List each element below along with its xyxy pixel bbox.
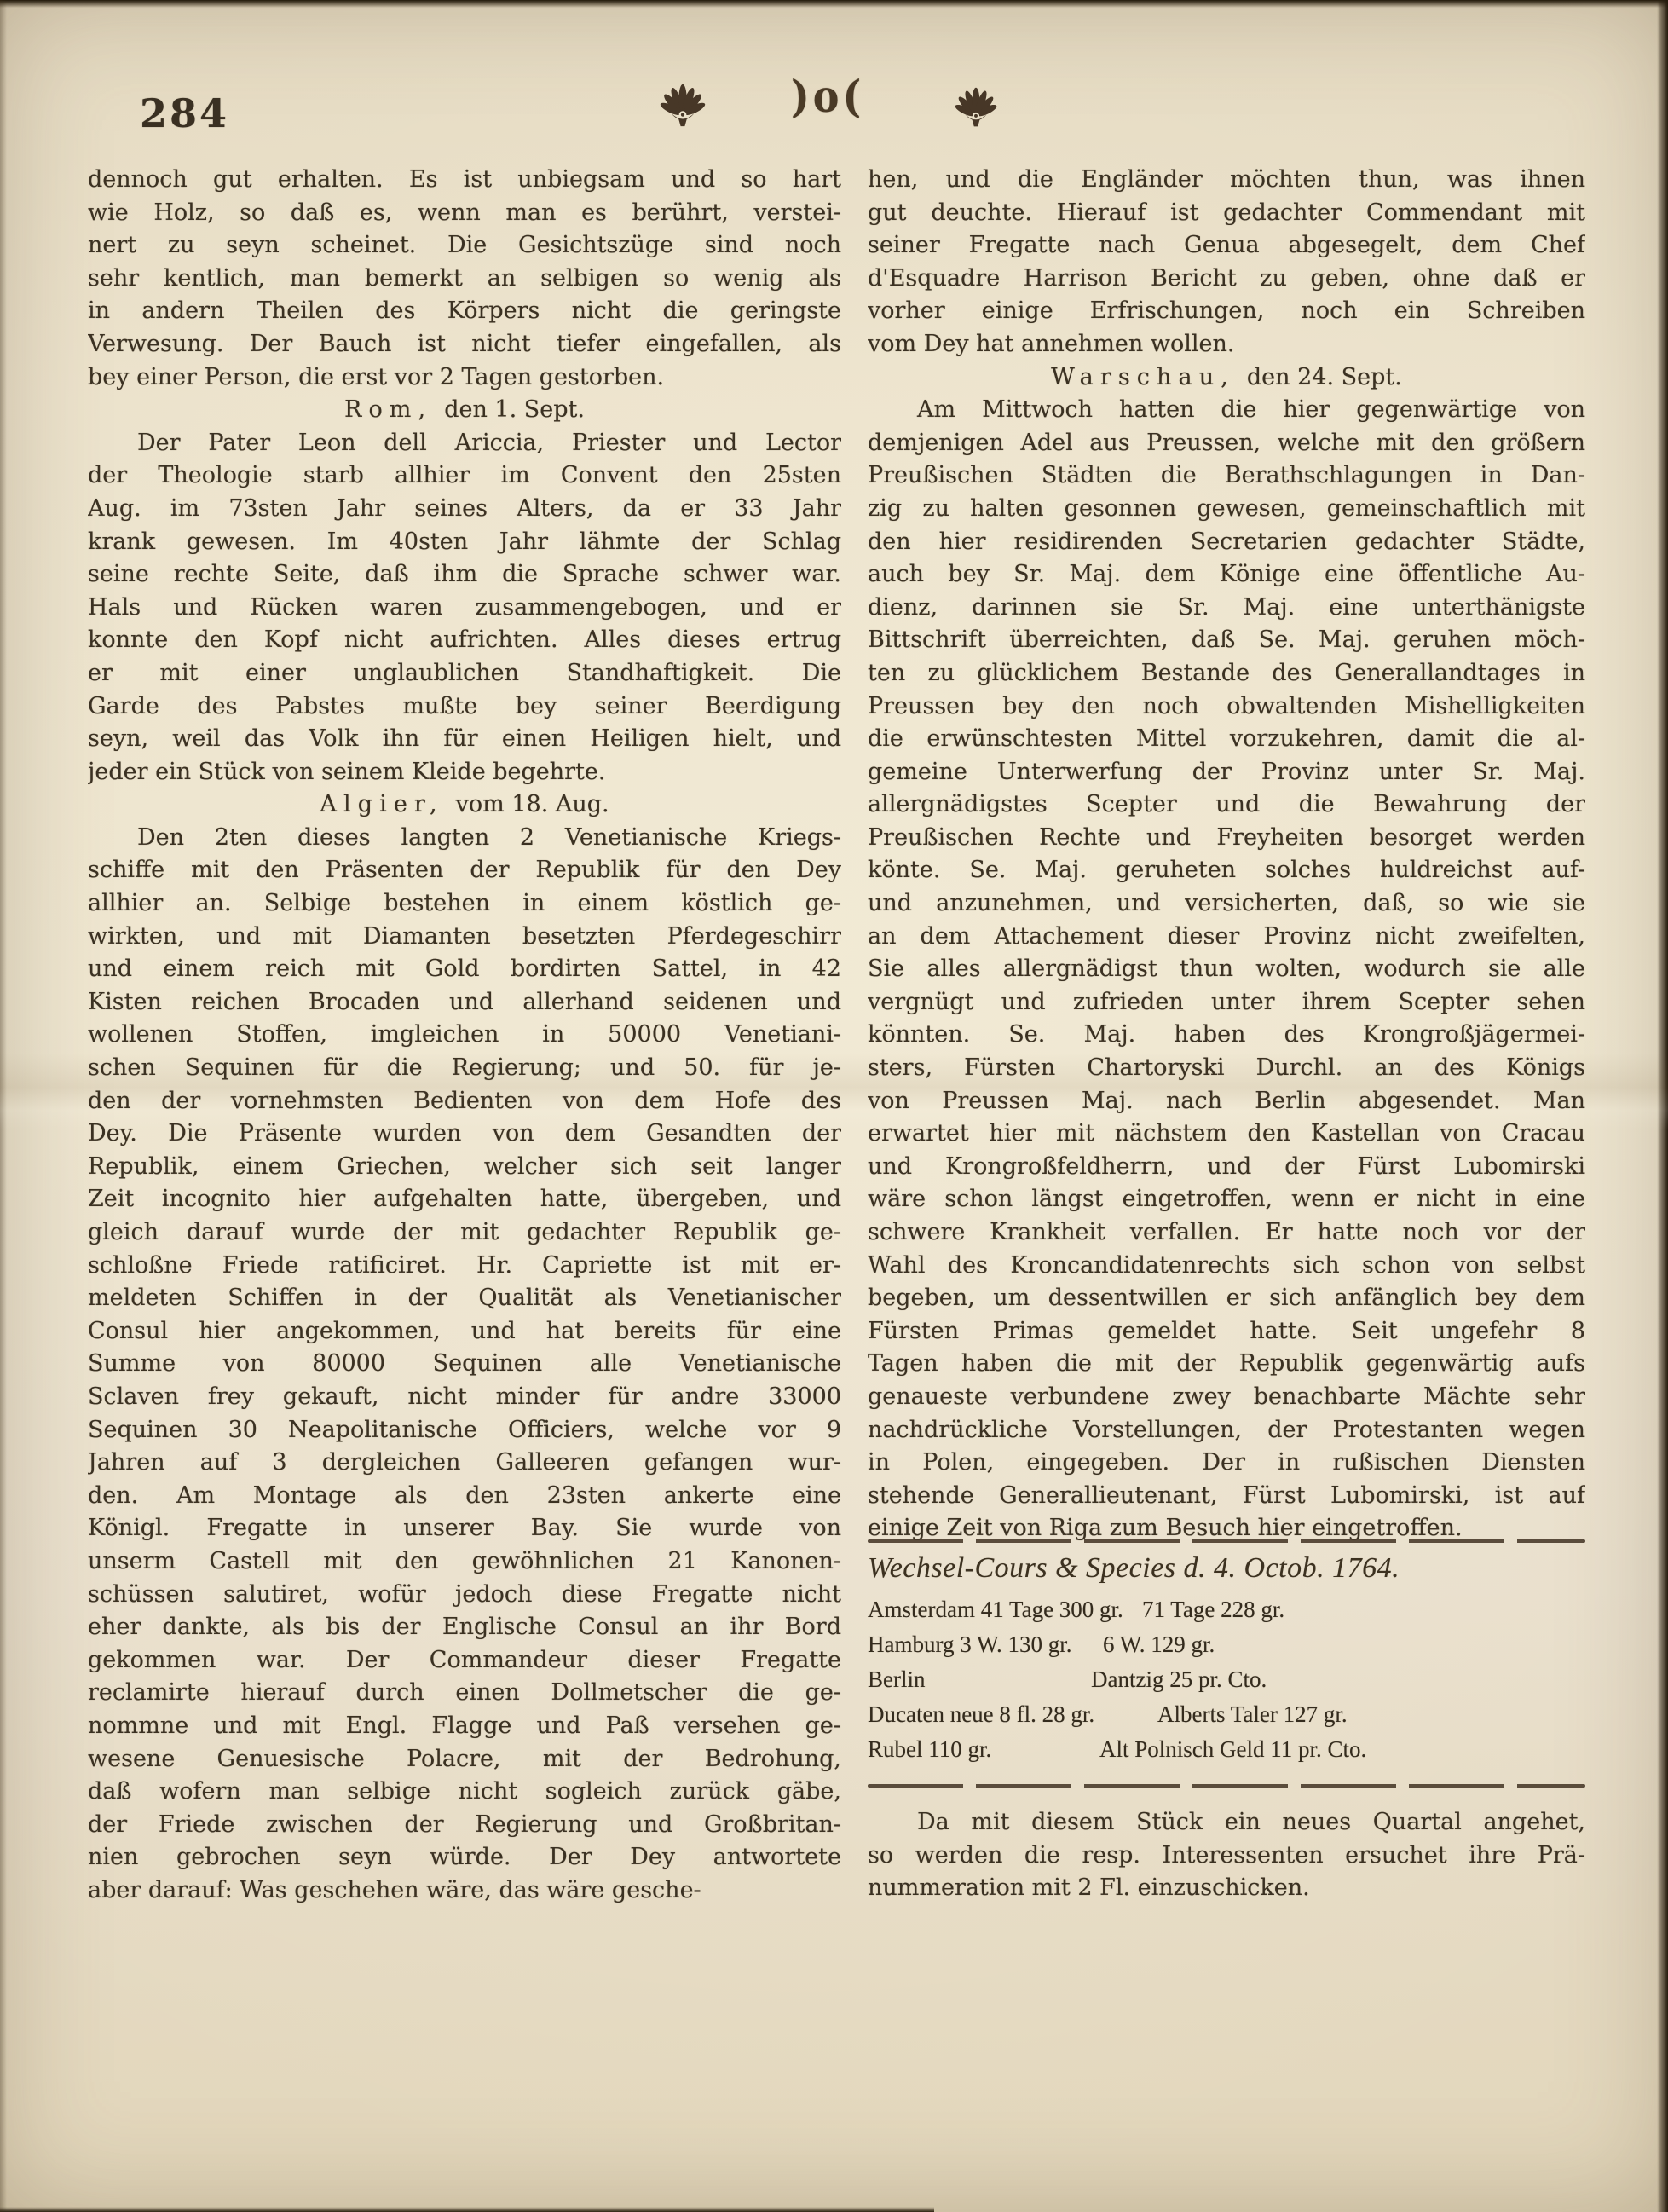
text-line: dienz, darinnen sie Sr. Maj. eine untert…: [868, 592, 1585, 625]
text-line: Preußischen Städten die Berathschlagunge…: [868, 459, 1585, 493]
exchange-cell-right: Alberts Taler 127 gr.: [1157, 1697, 1348, 1732]
text-line: vorher einige Erfrischungen, noch ein Sc…: [868, 295, 1585, 328]
text-line: Dey. Die Präsente wurden von dem Gesandt…: [88, 1118, 841, 1151]
shell-ornament-right: [951, 85, 1001, 130]
text-line: wesene Genuesische Polacre, mit der Bedr…: [88, 1743, 841, 1776]
exchange-row: Amsterdam 41 Tage 300 gr.71 Tage 228 gr.: [868, 1592, 1585, 1627]
text-line: könte. Se. Maj. geruheten solches huldre…: [868, 854, 1585, 887]
exchange-cell-left: Ducaten neue 8 fl. 28 gr.: [868, 1697, 1157, 1732]
text-line: Preußischen Rechte und Freyheiten besorg…: [868, 822, 1585, 855]
exchange-row: Ducaten neue 8 fl. 28 gr.Alberts Taler 1…: [868, 1697, 1585, 1732]
dateline-place: Algier,: [320, 791, 443, 817]
text-line: Aug. im 73sten Jahr seines Alters, da er…: [88, 493, 841, 526]
exchange-cell-left: Hamburg 3 W. 130 gr.: [868, 1627, 1103, 1662]
exchange-row: Hamburg 3 W. 130 gr.6 W. 129 gr.: [868, 1627, 1585, 1662]
text-line: allergnädigstes Scepter und die Bewahrun…: [868, 788, 1585, 822]
exchange-cell-right: Alt Polnisch Geld 11 pr. Cto.: [1099, 1732, 1366, 1767]
text-line: sehr kentlich, man bemerkt an selbigen s…: [88, 263, 841, 296]
text-line: schloßne Friede ratificiret. Hr. Capriet…: [88, 1250, 841, 1283]
text-line: meldeten Schiffen in der Qualität als Ve…: [88, 1282, 841, 1315]
text-line: schen Sequinen für die Regierung; und 50…: [88, 1052, 841, 1085]
text-line: an dem Attachement dieser Provinz nicht …: [868, 921, 1585, 954]
text-line: von Preussen Maj. nach Berlin abgesendet…: [868, 1085, 1585, 1118]
text-line: Fürsten Primas gemeldet hatte. Seit unge…: [868, 1315, 1585, 1349]
dateline-heading: Algier,vom 18. Aug.: [88, 788, 841, 822]
scan-edge-bottom: [0, 2207, 934, 2212]
text-line: konnte den Kopf nicht aufrichten. Alles …: [88, 624, 841, 657]
text-line: schiffe mit den Präsenten der Republik f…: [88, 854, 841, 887]
right-text-column: hen, und die Engländer möchten thun, was…: [868, 164, 1585, 1545]
text-line: Königl. Fregatte in unserer Bay. Sie wur…: [88, 1512, 841, 1545]
text-line: er mit einer unglaublichen Standhaftigke…: [88, 657, 841, 690]
exchange-cell-right: 71 Tage 228 gr.: [1142, 1592, 1284, 1627]
text-line: wollenen Stoffen, imgleichen in 50000 Ve…: [88, 1019, 841, 1052]
text-line: schwere Krankheit verfallen. Er hatte no…: [868, 1216, 1585, 1250]
text-line: d'Esquadre Harrison Bericht zu geben, oh…: [868, 263, 1585, 296]
text-line: Sie alles allergnädigst thun wolten, wod…: [868, 953, 1585, 986]
text-line: vergnügt und zufrieden unter ihrem Scept…: [868, 986, 1585, 1019]
text-line: seiner Fregatte nach Genua abgesegelt, d…: [868, 229, 1585, 263]
exchange-table: Amsterdam 41 Tage 300 gr.71 Tage 228 gr.…: [868, 1592, 1585, 1767]
text-line: nummeration mit 2 Fl. einzuschicken.: [868, 1872, 1585, 1905]
printers-ornament: )o(: [791, 71, 864, 122]
text-line: könnten. Se. Maj. haben des Krongroßjäge…: [868, 1019, 1585, 1052]
text-line: seyn, weil das Volk ihn für einen Heilig…: [88, 723, 841, 756]
text-line: sters, Fürsten Chartoryski Durchl. an de…: [868, 1052, 1585, 1085]
text-line: stehende Generallieutenant, Fürst Lubomi…: [868, 1480, 1585, 1513]
exchange-row: BerlinDantzig 25 pr. Cto.: [868, 1662, 1585, 1697]
text-line: Summe von 80000 Sequinen alle Venetianis…: [88, 1348, 841, 1381]
text-line: Hals und Rücken waren zusammengebogen, u…: [88, 592, 841, 625]
text-line: allhier an. Selbige bestehen in einem kö…: [88, 887, 841, 921]
text-line: Bittschrift überreichten, daß Se. Maj. g…: [868, 624, 1585, 657]
text-line: schüssen salutiret, wofür jedoch diese F…: [88, 1579, 841, 1612]
text-line: bey einer Person, die erst vor 2 Tagen g…: [88, 361, 841, 395]
text-line: erwartet hier mit nächstem den Kastellan…: [868, 1118, 1585, 1151]
text-line: und Krongroßfeldherrn, und der Fürst Lub…: [868, 1151, 1585, 1184]
text-line: begeben, um dessentwillen er sich anfäng…: [868, 1282, 1585, 1315]
text-line: Zeit incognito hier aufgehalten hatte, ü…: [88, 1183, 841, 1216]
exchange-cell-left: Amsterdam 41 Tage 300 gr.: [868, 1592, 1142, 1627]
exchange-row: Rubel 110 gr.Alt Polnisch Geld 11 pr. Ct…: [868, 1732, 1585, 1767]
text-line: ten zu glücklichem Bestande des Generall…: [868, 657, 1585, 690]
exchange-cell-right: 6 W. 129 gr.: [1103, 1627, 1215, 1662]
text-line: gleich darauf wurde der mit gedachter Re…: [88, 1216, 841, 1250]
text-line: wirkten, und mit Diamanten besetzten Pfe…: [88, 921, 841, 954]
text-line: unserm Castell mit den gewöhnlichen 21 K…: [88, 1545, 841, 1579]
dateline-date: vom 18. Aug.: [456, 791, 609, 817]
text-line: Sequinen 30 Neapolitanische Officiers, w…: [88, 1414, 841, 1447]
text-line: der Theologie starb allhier im Convent d…: [88, 459, 841, 493]
text-line: gemeine Unterwerfung der Provinz unter S…: [868, 756, 1585, 789]
text-line: den der vornehmsten Bedienten von dem Ho…: [88, 1085, 841, 1118]
dateline-date: den 24. Sept.: [1247, 364, 1402, 390]
text-line: krank gewesen. Im 40sten Jahr lähmte der…: [88, 526, 841, 559]
text-line: dennoch gut erhalten. Es ist unbiegsam u…: [88, 164, 841, 197]
text-line: Da mit diesem Stück ein neues Quartal an…: [868, 1806, 1585, 1839]
subscription-notice: Da mit diesem Stück ein neues Quartal an…: [868, 1806, 1585, 1905]
text-line: nert zu seyn scheinet. Die Gesichtszüge …: [88, 229, 841, 263]
text-line: Am Mittwoch hatten die hier gegenwärtige…: [868, 394, 1585, 427]
exchange-cell-right: Dantzig 25 pr. Cto.: [1091, 1662, 1267, 1697]
text-line: gut deuchte. Hierauf ist gedachter Comme…: [868, 197, 1585, 230]
text-line: Tagen haben die mit der Republik gegenwä…: [868, 1348, 1585, 1381]
text-line: der Friede zwischen der Regierung und Gr…: [88, 1809, 841, 1842]
exchange-cell-left: Berlin: [868, 1662, 1091, 1697]
dateline-place: Warschau,: [1051, 364, 1235, 390]
text-line: und anzunehmen, und versicherten, daß, s…: [868, 887, 1585, 921]
dateline-heading: Warschau,den 24. Sept.: [868, 361, 1585, 395]
text-line: in Polen, eingegeben. Der in rußischen D…: [868, 1447, 1585, 1480]
text-line: so werden die resp. Interessenten ersuch…: [868, 1839, 1585, 1873]
text-line: auch bey Sr. Maj. dem Könige eine öffent…: [868, 558, 1585, 592]
text-line: und einem reich mit Gold bordirten Satte…: [88, 953, 841, 986]
scan-edge-top: [0, 0, 1668, 8]
text-line: hen, und die Engländer möchten thun, was…: [868, 164, 1585, 197]
text-line: nommne und mit Engl. Flagge und Paß vers…: [88, 1710, 841, 1743]
text-line: in andern Theilen des Körpers nicht die …: [88, 295, 841, 328]
text-line: vom Dey hat annehmen wollen.: [868, 328, 1585, 361]
divider-rule-top: [868, 1539, 1585, 1543]
text-line: seine rechte Seite, daß ihm die Sprache …: [88, 558, 841, 592]
text-line: Sclaven frey gekauft, nicht minder für a…: [88, 1381, 841, 1414]
text-line: Garde des Pabstes mußte bey seiner Beerd…: [88, 690, 841, 724]
dateline-date: den 1. Sept.: [444, 396, 585, 423]
page-number: 284: [140, 90, 229, 136]
text-line: eher dankte, als bis der Englische Consu…: [88, 1611, 841, 1644]
text-line: demjenigen Adel aus Preussen, welche mit…: [868, 427, 1585, 460]
text-line: Verwesung. Der Bauch ist nicht tiefer ei…: [88, 328, 841, 361]
text-line: wie Holz, so daß es, wenn man es berührt…: [88, 197, 841, 230]
left-text-column: dennoch gut erhalten. Es ist unbiegsam u…: [88, 164, 841, 1907]
text-line: reclamirte hierauf durch einen Dollmetsc…: [88, 1677, 841, 1710]
text-line: aber darauf: Was geschehen wäre, das wär…: [88, 1874, 841, 1908]
text-line: wäre schon längst eingetroffen, wenn er …: [868, 1183, 1585, 1216]
text-line: Wahl des Kroncandidatenrechts sich schon…: [868, 1250, 1585, 1283]
text-line: Kisten reichen Brocaden und allerhand se…: [88, 986, 841, 1019]
text-line: die erwünschtesten Mittel vorzukehren, d…: [868, 723, 1585, 756]
text-line: Consul hier angekommen, und hat bereits …: [88, 1315, 841, 1349]
text-line: jeder ein Stück von seinem Kleide begehr…: [88, 756, 841, 789]
text-line: Jahren auf 3 dergleichen Galleeren gefan…: [88, 1447, 841, 1480]
text-line: Der Pater Leon dell Ariccia, Priester un…: [88, 427, 841, 460]
shell-ornament-left: [658, 82, 707, 130]
text-line: Republik, einem Griechen, welcher sich s…: [88, 1151, 841, 1184]
text-line: nien gebrochen seyn würde. Der Dey antwo…: [88, 1841, 841, 1874]
exchange-rates-section: Wechsel-Cours & Species d. 4. Octob. 176…: [868, 1534, 1585, 1905]
text-line: den. Am Montage als den 23sten ankerte e…: [88, 1480, 841, 1513]
text-line: zig zu halten gesonnen gewesen, gemeinsc…: [868, 493, 1585, 526]
text-line: gekommen war. Der Commandeur dieser Freg…: [88, 1644, 841, 1678]
dateline-heading: Rom,den 1. Sept.: [88, 394, 841, 427]
text-line: daß wofern man selbige nicht sogleich zu…: [88, 1776, 841, 1809]
text-line: genaueste verbundene zwey benachbarte Mä…: [868, 1381, 1585, 1414]
text-line: Den 2ten dieses langten 2 Venetianische …: [88, 822, 841, 855]
dateline-place: Rom,: [344, 396, 432, 423]
divider-rule-bottom: [868, 1784, 1585, 1788]
text-line: nachdrückliche Vorstellungen, der Protes…: [868, 1414, 1585, 1447]
text-line: den hier residirenden Secretarien gedach…: [868, 526, 1585, 559]
newspaper-page: 284 )o(: [0, 0, 1668, 2212]
text-line: Preussen bey den noch obwaltenden Mishel…: [868, 690, 1585, 724]
exchange-cell-left: Rubel 110 gr.: [868, 1732, 1099, 1767]
exchange-title: Wechsel-Cours & Species d. 4. Octob. 176…: [868, 1550, 1585, 1587]
